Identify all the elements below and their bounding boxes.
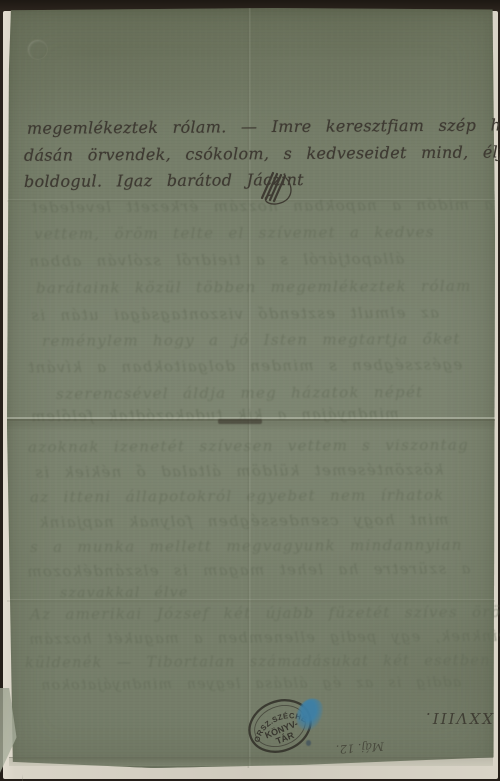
bleedthrough-line: állapotjáról s a tieidről szólván abban	[28, 250, 404, 271]
bleedthrough-line: vettem, öröm telte el szívemet a kedves	[34, 223, 435, 243]
annotation-page-number: XXVIII.	[424, 709, 493, 727]
bleedthrough-line: Az amerikai József két újabb füzetét szí…	[30, 603, 500, 624]
signature-flourish	[250, 168, 302, 210]
bleedthrough-line: barátaink közül többen megemlékeztek ról…	[36, 277, 472, 297]
letter-line-1: megemlékeztek rólam. — Imre keresztfiam …	[27, 115, 500, 138]
fold-crease-lower	[7, 599, 495, 602]
blue-ink-dot	[306, 740, 311, 746]
bleedthrough-line: az itteni állapotokról egyebet nem írhat…	[30, 486, 445, 506]
bleedthrough-line: egészségben s minden dolgaitokban a kívá…	[27, 355, 462, 376]
bleedthrough-line: két gyermekeinknek, egy pedig ellenemben…	[28, 628, 500, 648]
bleedthrough-line: az elmult esztendő viszontagságai után i…	[30, 304, 439, 325]
bleedthrough-line: mint hogy csendességben folynak napjaink	[38, 511, 449, 532]
bleedthrough-line: köszöntésemet küldöm általad ő nékiek is	[34, 461, 443, 482]
bleedthrough-line: küldenék — Tibortalan számadásukat két e…	[25, 652, 500, 671]
fold-crease-notch	[218, 419, 262, 424]
bleedthrough-line: szerencsével áldja meg házatok népét	[56, 383, 424, 403]
scanned-letter-page: s a midőn a napokban hozzám érkezett lev…	[0, 0, 500, 781]
letter-line-2: dásán örvendek, csókolom, s kedveseidet …	[24, 142, 500, 165]
bleedthrough-line: reménylem hogy a jó Isten megtartja őket	[42, 330, 461, 350]
